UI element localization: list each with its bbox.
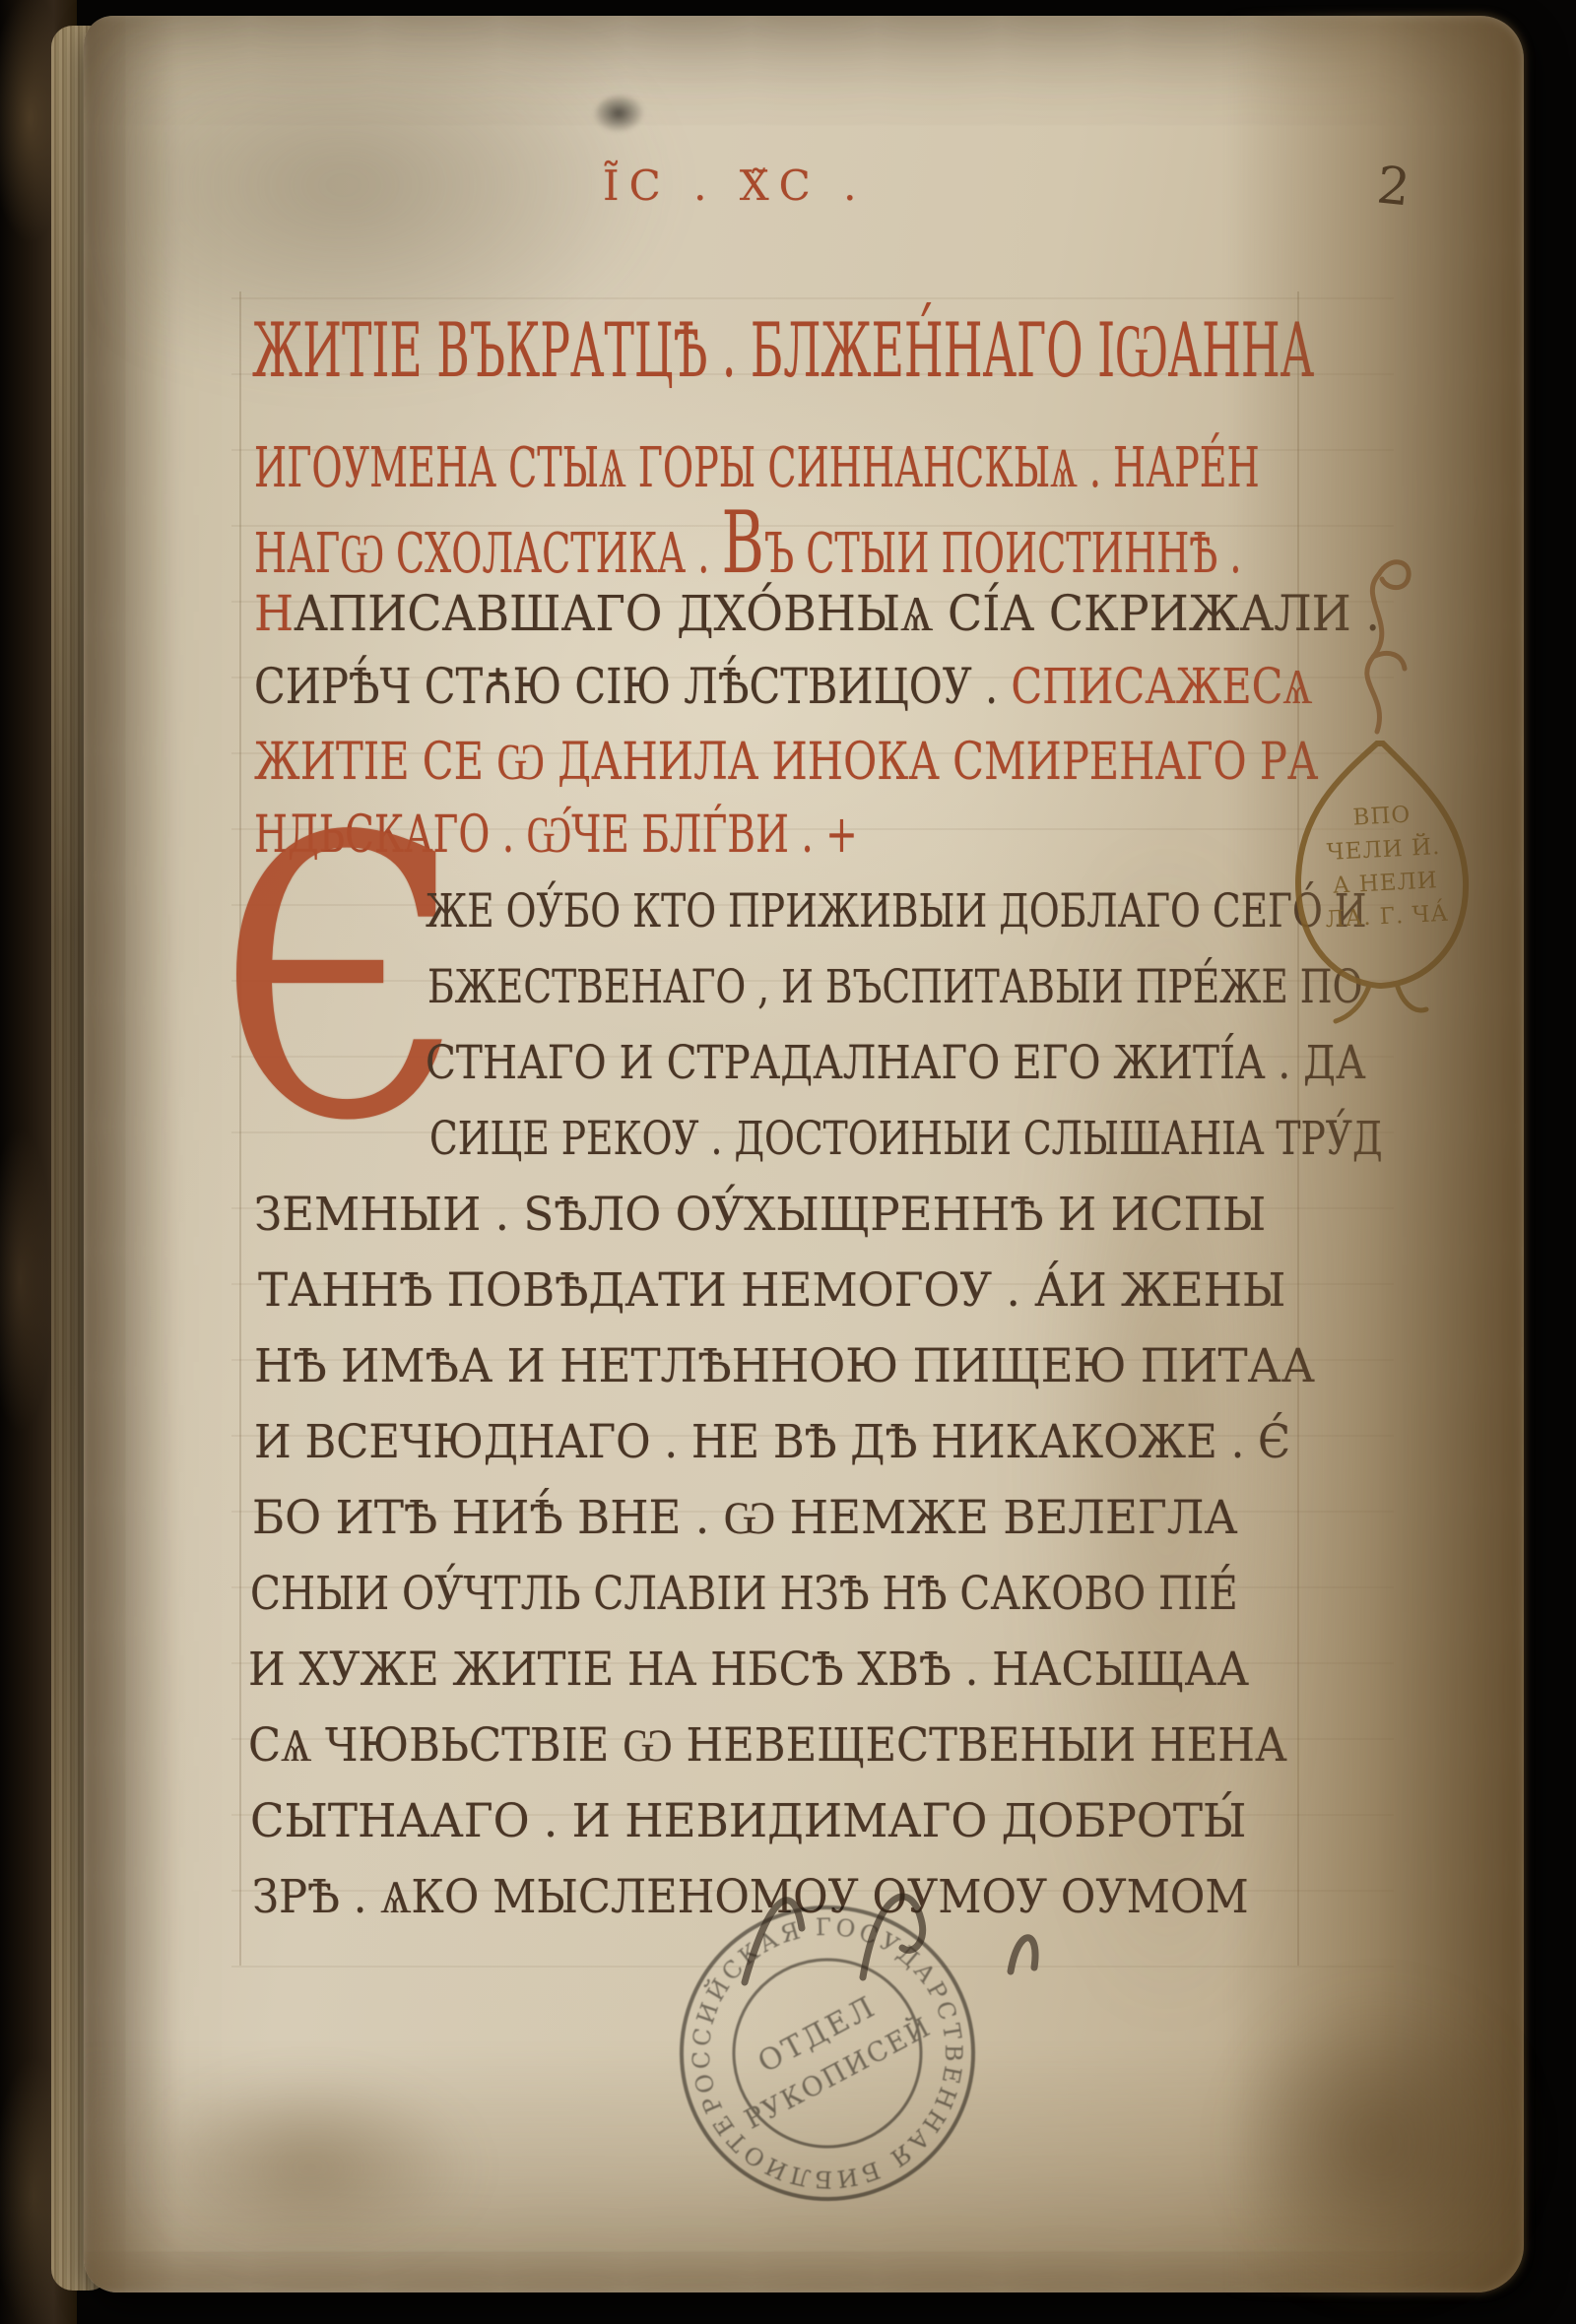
body-line-7: НѢ ИМѢА И НЕТЛѢННОЮ ПИЩЕЮ ПИТАА [254, 1343, 1315, 1389]
body-line-10: СНЫИ ОУ́ЧТЛЬ СЛАВІИ НЗѢ НѢ САКОВО ПІЕ́ [250, 1571, 1238, 1617]
body-line-3: СТНАГО И СТРАДАЛНАГО ЕГО ЖИТІ́А . ДА [426, 1040, 1366, 1086]
title-line-2: ИГОУМЕНА СТЫѦ ГОРЫ СИННАНСКЫѦ . НАРЕ́Н [254, 441, 1260, 496]
vine-flourish-icon [1367, 562, 1409, 732]
marginal-vine-and-medallion [1271, 547, 1517, 1068]
body-line-6: ТАННѢ ПОВѢДАТИ НЕМОГОУ . А́И ЖЕНЫ [258, 1267, 1285, 1314]
rubricated-initial-n: Н [254, 585, 294, 642]
body-line-11: И ХУЖЕ ЖИТІЕ НА НБСѢ ХВѢ . НАСЫЩАА [248, 1646, 1249, 1693]
title-line-3: НАГѠ СХОЛАСТИКА . ВЪ СТЫИ ПОИСТИННѢ . [254, 514, 1242, 582]
title-line-3b: ВЪ СТЫИ ПОИСТИННѢ . [721, 514, 1241, 582]
medallion-outline-icon [1298, 743, 1466, 1021]
pen-flourish-strokes [715, 1869, 1050, 1997]
body-line-2: БЖЕСТВЕНАГО , И ВЪСПИТАВЫИ ПРЕ́ЖЕ ПО [427, 964, 1362, 1010]
title-line-5: СИРѢ́Ч СТꙈЮ СІЮ ЛѢ́СТВИЦОУ . СПИСАЖЕСѦ [254, 662, 1312, 711]
title-line-1: ЖИТІЕ ВЪКРАТЦѢ . БЛЖЕН́НАГО ІѠАННА [252, 313, 1314, 388]
body-line-12: СѦ ЧЮВЬСТВІЕ Ѡ НЕВЕЩЕСТВЕНЫИ НЕНА [248, 1722, 1287, 1769]
folio-number: 2 [1374, 156, 1412, 218]
title-line-4-rest: АПИСАВШАГО ДХО́ВНЫѦ СІ́А СКРИЖАЛИ . [294, 585, 1380, 642]
body-line-13: СЫТНААГО . И НЕВИДИМАГО ДОБРОТЫ́ [250, 1798, 1246, 1844]
title-line-5-brown: СИРѢ́Ч СТꙈЮ СІЮ ЛѢ́СТВИЦОУ . [254, 658, 1011, 715]
body-line-1: ЖЕ ОУ́БО КТО ПРИЖИВЫИ ДОБЛАГО СЕГО́ И [426, 888, 1367, 935]
invocation-header: І̃С . Х̃С . [603, 165, 867, 207]
body-line-4: СИЦЕ РЕКОУ . ДОСТОИНЫИ СЛЫШАНІА ТРУ́Д [429, 1116, 1383, 1162]
body-line-9: БО ИТѢ НИѢ́ ВНЕ . Ѡ НЕМЖЕ ВЕЛЕГЛА [252, 1495, 1238, 1541]
manuscript-photo: І̃С . Х̃С . 2 ЖИТІЕ ВЪКРАТЦѢ . БЛЖЕН́НАГ… [0, 0, 1576, 2324]
ornamental-initial: Є [219, 823, 461, 1139]
title-line-3a: НАГѠ СХОЛАСТИКА . [254, 522, 721, 586]
title-line-5-red: СПИСАЖЕСѦ [1011, 658, 1312, 715]
title-line-4: НАПИСАВШАГО ДХО́ВНЫѦ СІ́А СКРИЖАЛИ . [254, 589, 1380, 638]
body-line-5: ЗЕМНЫИ . ЅѢЛО ОУ́ХЫЩРЕННѢ И ИСПЫ [254, 1192, 1266, 1238]
body-line-8: И ВСЕЧЮДНАГО . НЕ ВѢ ДѢ НИКАКОЖЕ . Є́ [254, 1419, 1290, 1465]
